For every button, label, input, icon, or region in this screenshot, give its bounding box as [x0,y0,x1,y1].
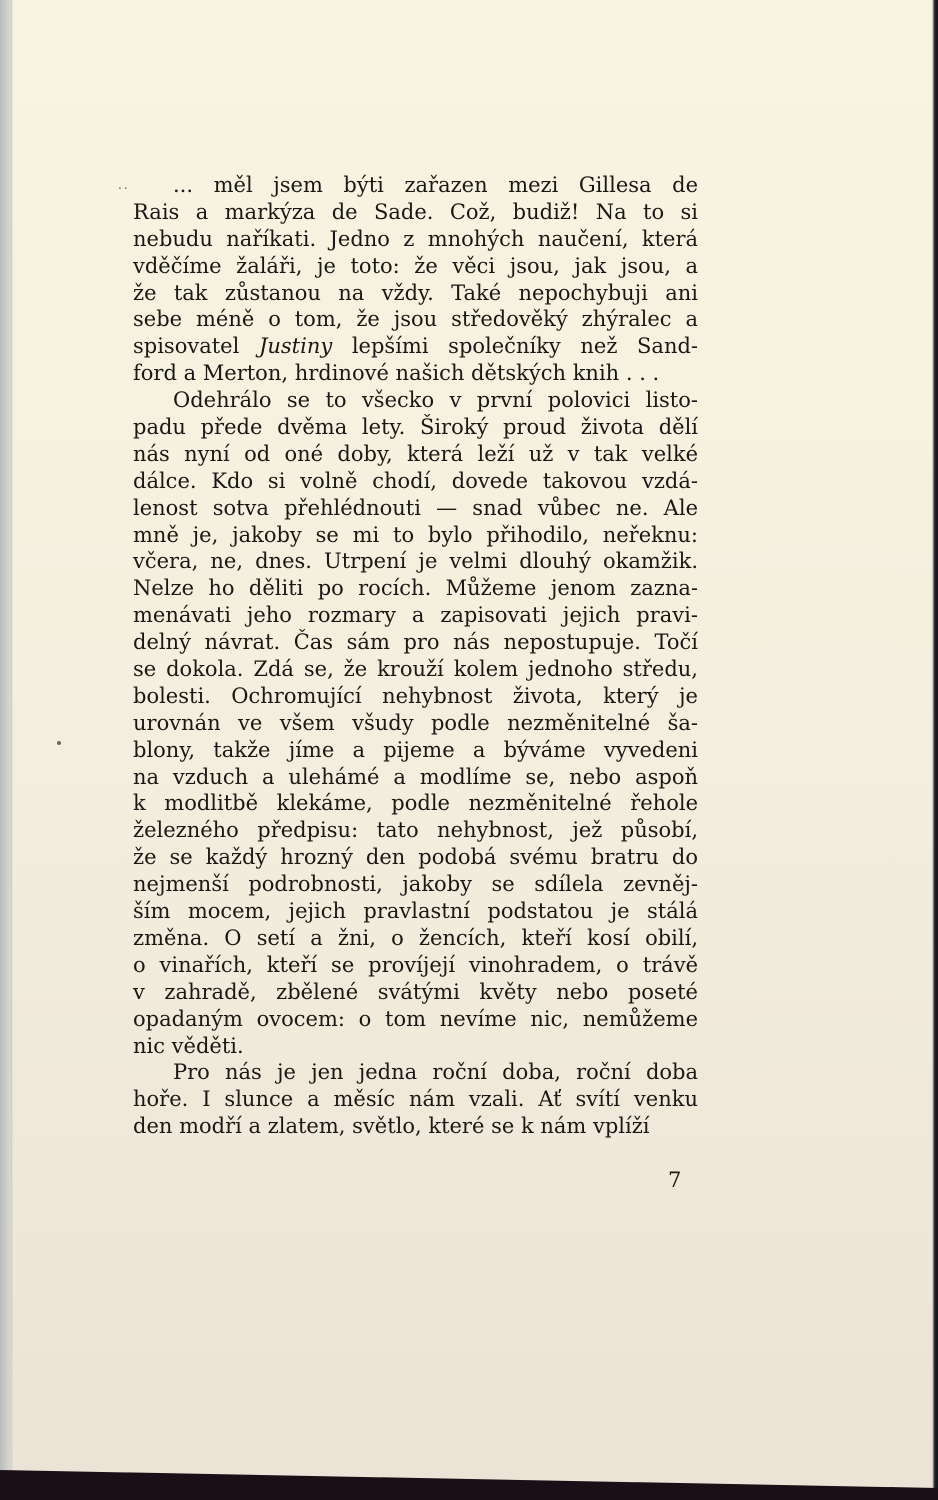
page-gutter-shadow [0,0,14,1500]
page-right-edge [932,0,938,1500]
text-line: ... měl jsem býti zařazen mezi Gillesa d… [133,172,698,199]
text-line: vděčíme žaláři, je toto: že věci jsou, j… [133,253,698,280]
text-line: změna. O setí a žni, o žencích, kteří ko… [133,925,698,952]
text-line: nic věděti. [133,1033,698,1060]
text-line: lenost sotva přehlédnouti — snad vůbec n… [133,495,698,522]
text-line: padu přede dvěma lety. Široký proud živo… [133,414,698,441]
text-line: delný návrat. Čas sám pro nás nepostupuj… [133,629,698,656]
text-line: Nelze ho děliti po rocích. Můžeme jenom … [133,575,698,602]
text-line: opadaným ovocem: o tom nevíme nic, nemůž… [133,1006,698,1033]
stray-marks: .. [118,178,130,192]
text-line: spisovatel Justiny lepšími společníky ne… [133,333,698,360]
text-line: v zahradě, zbělené svátými květy nebo po… [133,979,698,1006]
text-line: mně je, jakoby se mi to bylo přihodilo, … [133,522,698,549]
text-line: blony, takže jíme a pijeme a býváme vyve… [133,737,698,764]
book-title-italic: Justiny [259,334,332,358]
text-line: že se každý hrozný den podobá svému brat… [133,844,698,871]
text-line: Odehrálo se to všecko v první polovici l… [133,387,698,414]
paragraph: ... měl jsem býti zařazen mezi Gillesa d… [133,172,698,387]
text-line: nebudu naříkati. Jedno z mnohých naučení… [133,226,698,253]
text-line: menávati jeho rozmary a zapisovati jejic… [133,602,698,629]
margin-speck [57,741,61,745]
text-line: k modlitbě klekáme, podle nezměnitelné ř… [133,790,698,817]
text-line: na vzduch a ulehámé a modlíme se, nebo a… [133,764,698,791]
text-line: bolesti. Ochromující nehybnost života, k… [133,683,698,710]
body-text: ... měl jsem býti zařazen mezi Gillesa d… [133,172,698,1140]
text-line: o vinařích, kteří se províjejí vinohrade… [133,952,698,979]
paragraph: Pro nás je jen jedna roční doba, roční d… [133,1059,698,1140]
text-line: se dokola. Zdá se, že krouží kolem jedno… [133,656,698,683]
text-line: železného předpisu: tato nehybnost, jež … [133,817,698,844]
paragraph: Odehrálo se to všecko v první polovici l… [133,387,698,1059]
text-line: že tak zůstanou na vždy. Také nepochybuj… [133,280,698,307]
text-line: sebe méně o tom, že jsou středověký zhýr… [133,306,698,333]
text-line: ším mocem, jejich pravlastní podstatou j… [133,898,698,925]
page-number: 7 [668,1168,681,1192]
text-line: nejmenší podrobnosti, jakoby se sdílela … [133,871,698,898]
text-line: hoře. I slunce a měsíc nám vzali. Ať sví… [133,1086,698,1113]
text-line: Rais a markýza de Sade. Což, budiž! Na t… [133,199,698,226]
text-line: ford a Merton, hrdinové našich dětských … [133,360,698,387]
text-line: nás nyní od oné doby, která leží už v ta… [133,441,698,468]
text-line: včera, ne, dnes. Utrpení je velmi dlouhý… [133,548,698,575]
text-line: den modří a zlatem, světlo, které se k n… [133,1113,698,1140]
text-line: urovnán ve všem všudy podle nezměnitelné… [133,710,698,737]
text-line: Pro nás je jen jedna roční doba, roční d… [133,1059,698,1086]
text-line: dálce. Kdo si volně chodí, dovede takovo… [133,468,698,495]
